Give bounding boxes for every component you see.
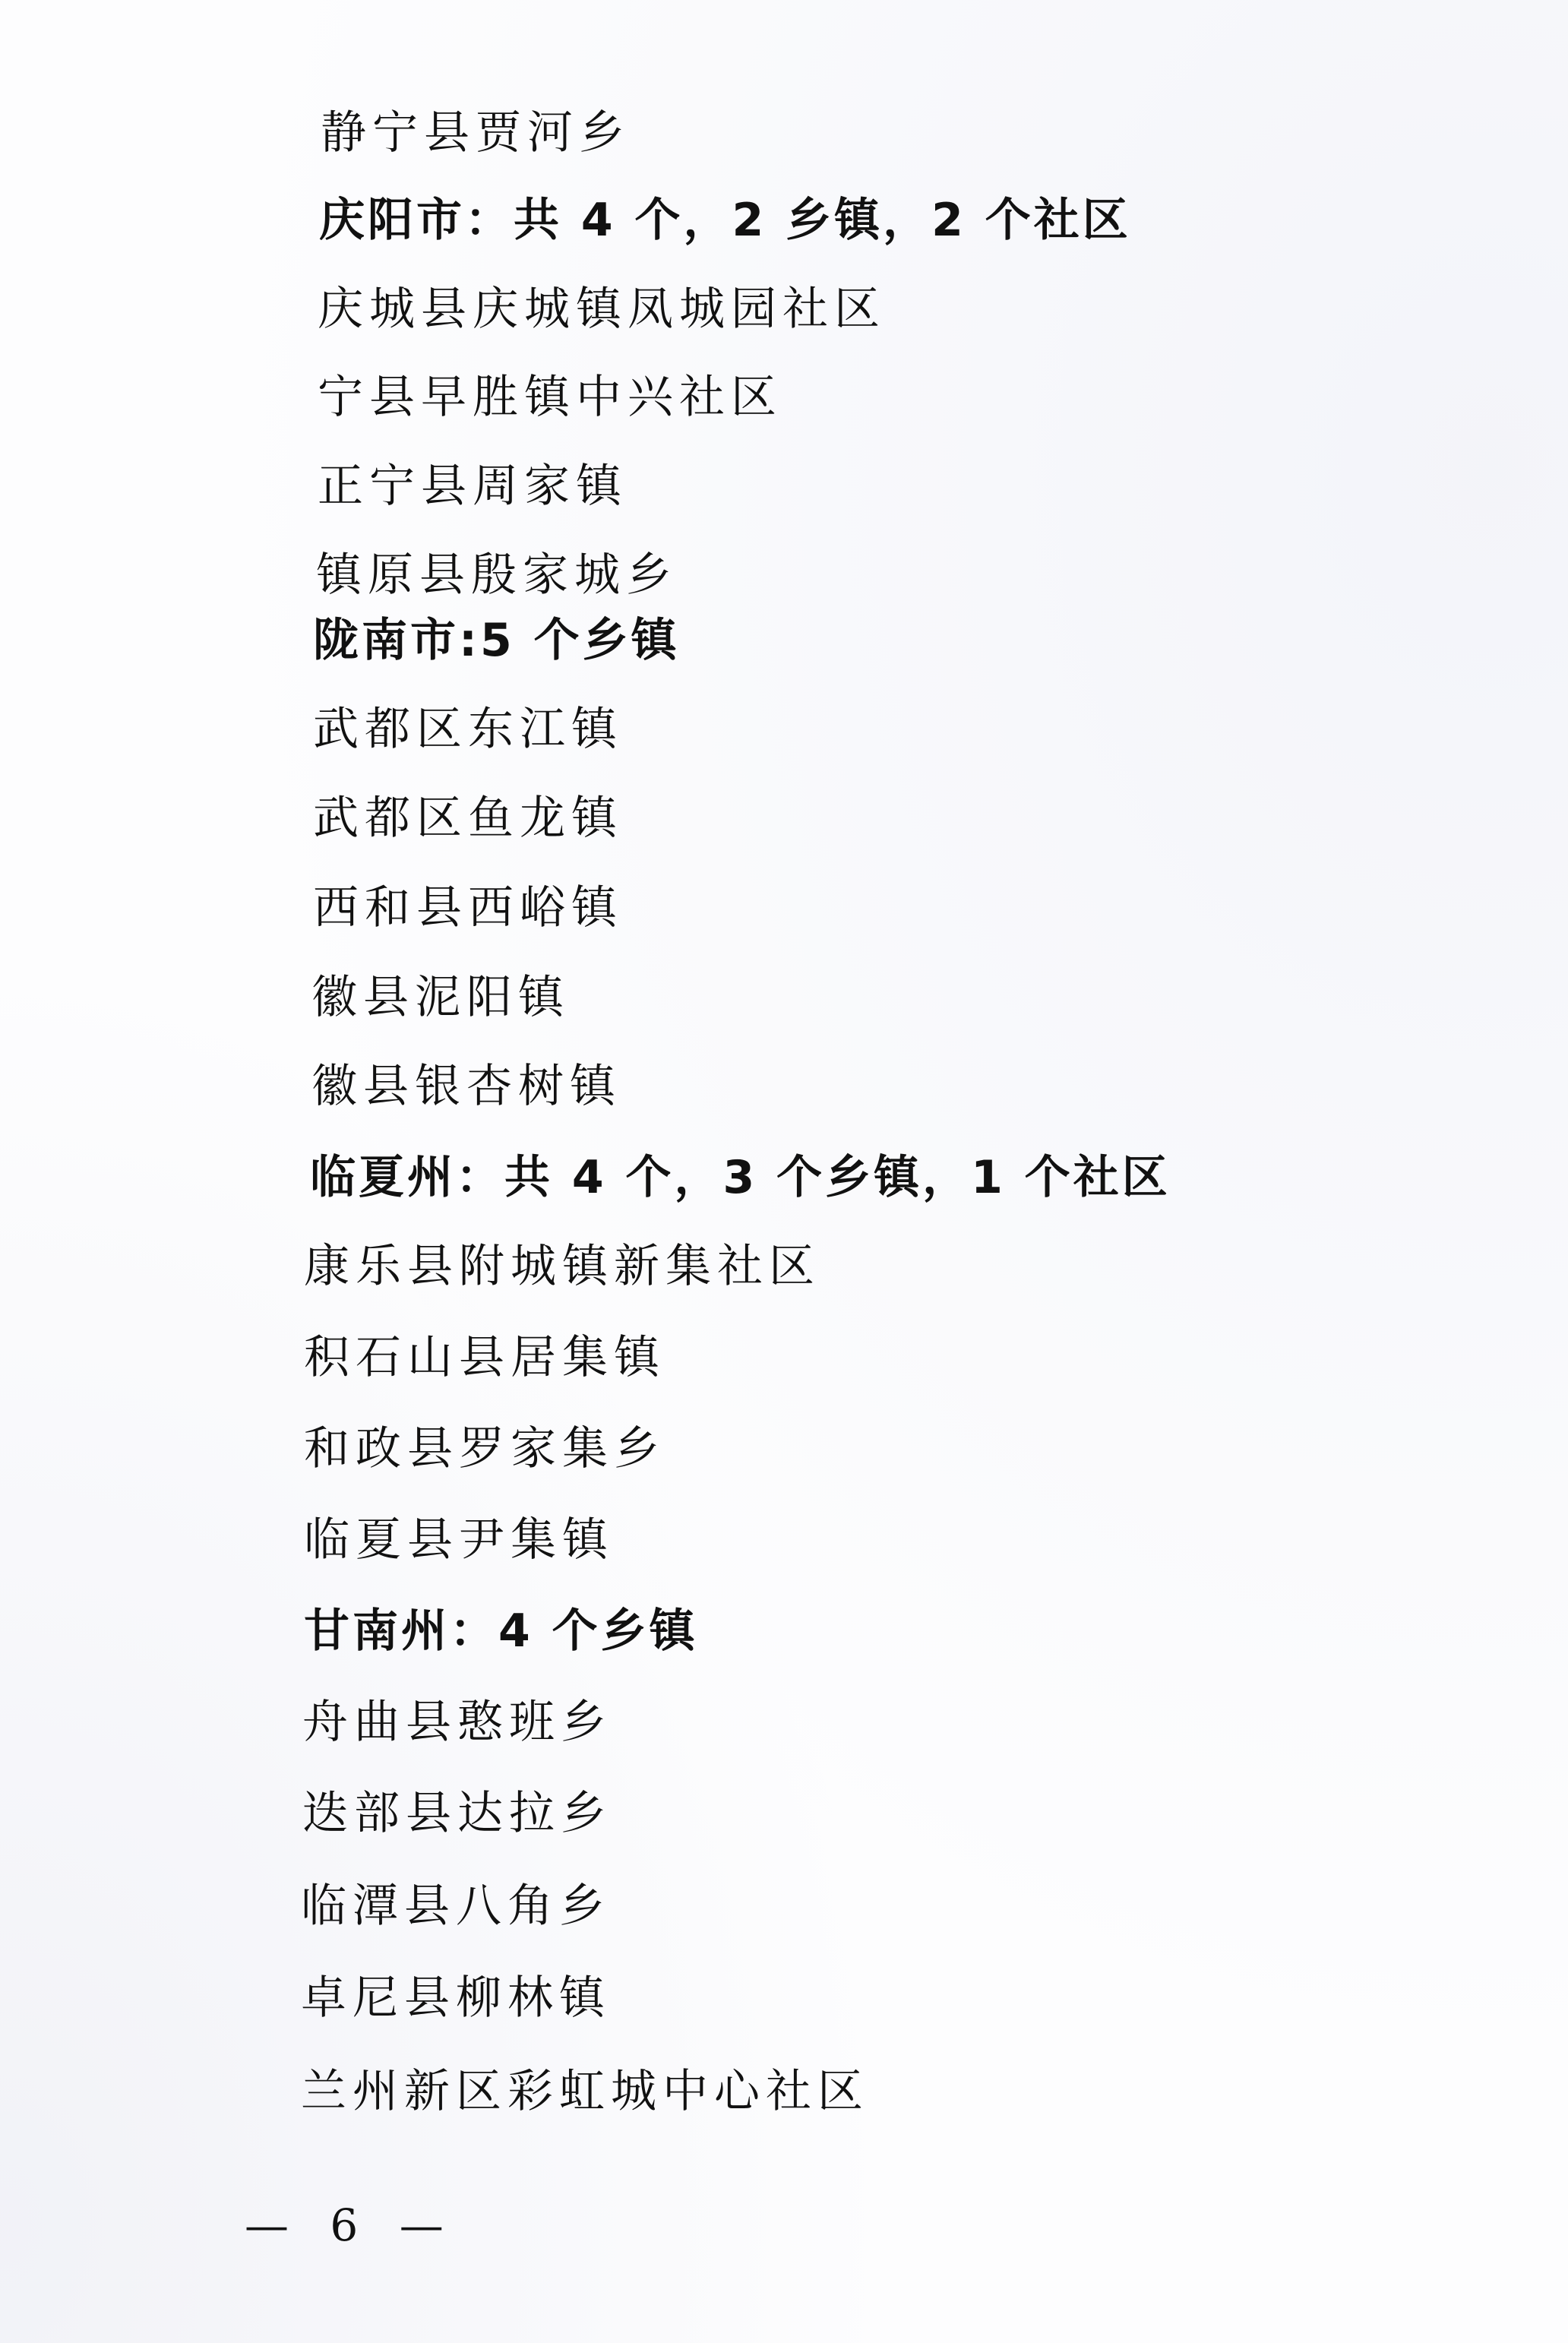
list-item: 舟曲县憨班乡 [302,1696,612,1749]
list-item: 积石山县居集镇 [304,1331,665,1384]
list-item: 正宁县周家镇 [318,460,628,513]
list-item: 徽县泥阳镇 [311,971,570,1024]
list-item: 镇原县殷家城乡 [316,549,678,602]
list-item: 兰州新区彩虹城中心社区 [301,2065,869,2118]
list-item: 西和县西峪镇 [313,881,623,934]
list-item: 武都区东江镇 [313,703,623,756]
list-item: 宁县早胜镇中兴社区 [318,371,782,424]
list-item: 卓尼县柳林镇 [301,1971,611,2025]
list-item: 庆城县庆城镇凤城园社区 [318,283,886,336]
list-item: 和政县罗家集乡 [304,1422,665,1475]
section-heading-gannan: 甘南州：4 个乡镇 [304,1605,698,1658]
page-number: — 6 — [245,2199,457,2251]
section-heading-longnan: 陇南市:5 个乡镇 [313,614,680,667]
list-item: 徽县银杏树镇 [311,1060,621,1113]
section-heading-qingyang: 庆阳市：共 4 个，2 乡镇，2 个社区 [319,194,1131,247]
list-item: 康乐县附城镇新集社区 [304,1240,820,1293]
list-item: 临夏县尹集镇 [304,1513,614,1567]
list-item: 武都区鱼龙镇 [313,792,623,845]
list-item: 临潭县八角乡 [301,1880,611,1933]
list-item: 迭部县达拉乡 [302,1787,612,1840]
list-item: 静宁县贾河乡 [321,106,631,160]
section-heading-linxia: 临夏州：共 4 个，3 个乡镇，1 个社区 [310,1151,1171,1204]
